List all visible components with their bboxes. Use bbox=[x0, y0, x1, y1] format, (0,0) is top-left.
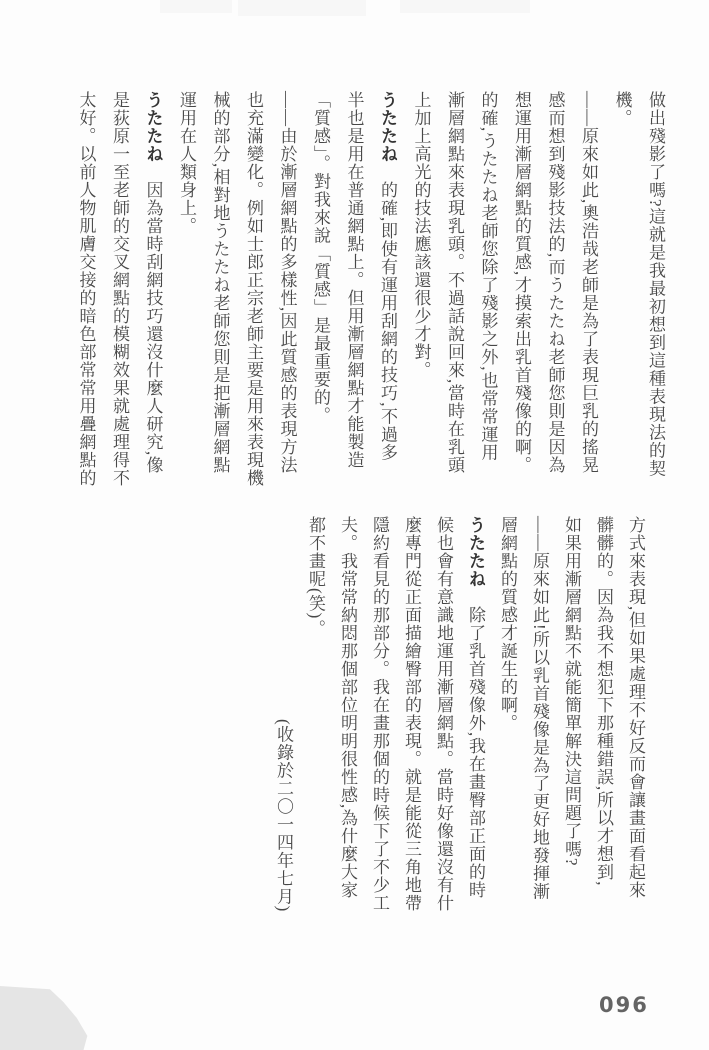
column-text: 因為當時刮網技巧還沒什麼人研究,像 bbox=[144, 163, 163, 474]
publication-note-column: (收錄於二〇一四年七月) bbox=[267, 516, 299, 912]
text-column: 如果用漸層網點不就能簡單解決這問題了嗎? bbox=[555, 516, 587, 912]
text-column: 想運用漸層網點的質感,才摸索出乳首殘像的啊。 bbox=[505, 91, 539, 506]
book-page: 做出殘影了嗎?這就是我最初想到這種表現法的契 機。 ——原來如此,奧浩哉老師是為… bbox=[0, 0, 709, 1050]
text-column: 漸層網點來表現乳頭。不過話說回來,當時在乳頭 bbox=[438, 91, 472, 506]
text-column: 是荻原一至老師的交叉網點的模糊效果就處理得不 bbox=[103, 91, 137, 506]
text-column: 半也是用在普通網點上。但用漸層網點才能製造 bbox=[337, 91, 371, 506]
text-column: ——原來如此,奧浩哉老師是為了表現巨乳的搖晃 bbox=[572, 91, 606, 506]
speaker-name: うたたね bbox=[378, 91, 397, 163]
text-column: 的確,うたたね老師您除了殘影之外,也常常運用 bbox=[471, 91, 505, 506]
column-text: 除了乳首殘像外,我在畫臀部正面的時 bbox=[466, 588, 485, 899]
text-column: 方式來表現,但如果處理不好反而會讓畫面看起來 bbox=[619, 516, 651, 912]
text-column: 都不畫呢(笑)。 bbox=[299, 516, 331, 912]
text-column: 做出殘影了嗎?這就是我最初想到這種表現法的契 bbox=[639, 91, 673, 506]
speaker-name: うたたね bbox=[144, 91, 163, 163]
text-column: 也充滿變化。例如士郎正宗老師主要是用來表現機 bbox=[237, 91, 271, 506]
text-column: 隱約看見的那部分。我在畫那個的時候下了不少工 bbox=[363, 516, 395, 912]
text-column: ——由於漸層網點的多樣性,因此質感的表現方法 bbox=[270, 91, 304, 506]
text-block-top: 做出殘影了嗎?這就是我最初想到這種表現法的契 機。 ——原來如此,奧浩哉老師是為… bbox=[69, 91, 672, 506]
column-text: 的確,即使有運用刮網的技巧,不過多 bbox=[378, 163, 397, 462]
text-block-bottom: 方式來表現,但如果處理不好反而會讓畫面看起來 髒髒的。因為我不想犯下那種錯誤,所… bbox=[267, 516, 651, 912]
text-column: 候也會有意識地運用漸層網點。當時好像還沒有什 bbox=[427, 516, 459, 912]
scan-artifact-corner bbox=[0, 986, 96, 1050]
text-column: 上加上高光的技法應該還很少才對。 bbox=[404, 91, 438, 506]
text-column: 感而想到殘影技法的,而うたたね老師您則是因為 bbox=[538, 91, 572, 506]
text-column: 機。 bbox=[605, 91, 639, 506]
text-column: 太好。以前人物肌膚交接的暗色部常常用疊網點的 bbox=[69, 91, 103, 506]
scan-artifact-top-left bbox=[160, 0, 232, 13]
text-column: うたたね 的確,即使有運用刮網的技巧,不過多 bbox=[371, 91, 405, 506]
text-column: 髒髒的。因為我不想犯下那種錯誤,所以才想到, bbox=[587, 516, 619, 912]
text-column: 麼專門從正面描繪臀部的表現。就是能從三角地帶 bbox=[395, 516, 427, 912]
text-column: 「質感」。對我來說「質感」是最重要的。 bbox=[304, 91, 338, 506]
scan-artifact-top-middle bbox=[238, 0, 366, 16]
page-number: 096 bbox=[599, 993, 649, 1017]
text-column: 層網點的質感才誕生的啊。 bbox=[491, 516, 523, 912]
scan-artifact-top-right bbox=[400, 0, 530, 13]
text-column: 械的部分,相對地うたたね老師您則是把漸層網點 bbox=[203, 91, 237, 506]
text-column: 運用在人類身上。 bbox=[170, 91, 204, 506]
speaker-name: うたたね bbox=[466, 516, 485, 588]
text-column: ——原來如此!所以乳首殘像是為了更好地發揮漸 bbox=[523, 516, 555, 912]
text-column: うたたね 因為當時刮網技巧還沒什麼人研究,像 bbox=[136, 91, 170, 506]
text-column: 夫。我常常納悶那個部位明明很性感,為什麼大家 bbox=[331, 516, 363, 912]
text-column: うたたね 除了乳首殘像外,我在畫臀部正面的時 bbox=[459, 516, 491, 912]
